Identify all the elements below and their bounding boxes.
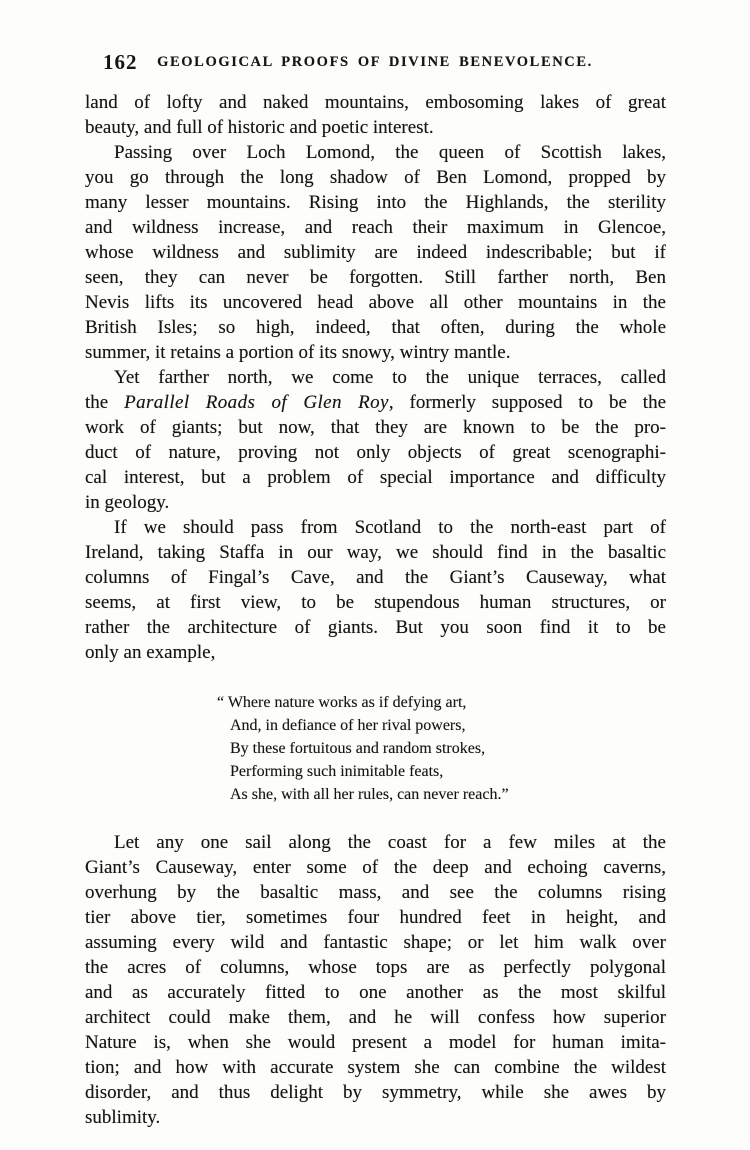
verse-block: “ Where nature works as if defying art,A… (85, 691, 666, 806)
text-line: whose wildness and sublimity are indeed … (85, 240, 666, 265)
text-line: overhung by the basaltic mass, and see t… (85, 880, 666, 905)
text-line: duct of nature, proving not only objects… (85, 440, 666, 465)
text-body: land of lofty and naked mountains, embos… (85, 90, 666, 1130)
paragraph: land of lofty and naked mountains, embos… (85, 90, 666, 140)
text-line: seen, they can never be forgotten. Still… (85, 265, 666, 290)
paragraph: Yet farther north, we come to the unique… (85, 365, 666, 515)
verse-line: By these fortuitous and random strokes, (217, 737, 666, 760)
text-line: cal interest, but a problem of special i… (85, 465, 666, 490)
paragraph: Let any one sail along the coast for a f… (85, 830, 666, 1130)
text-line: rather the architecture of giants. But y… (85, 615, 666, 640)
verse-line: And, in defiance of her rival powers, (217, 714, 666, 737)
text-line: Giant’s Causeway, enter some of the deep… (85, 855, 666, 880)
text-line: British Isles; so high, indeed, that oft… (85, 315, 666, 340)
text-line: only an example, (85, 640, 666, 665)
text-line: Passing over Loch Lomond, the queen of S… (85, 140, 666, 165)
text-line: work of giants; but now, that they are k… (85, 415, 666, 440)
text-line: tion; and how with accurate system she c… (85, 1055, 666, 1080)
text-line: the Parallel Roads of Glen Roy, formerly… (85, 390, 666, 415)
text-line: columns of Fingal’s Cave, and the Giant’… (85, 565, 666, 590)
text-line: Ireland, taking Staffa in our way, we sh… (85, 540, 666, 565)
text-line: Nevis lifts its uncovered head above all… (85, 290, 666, 315)
text-line: Yet farther north, we come to the unique… (85, 365, 666, 390)
text-line: and as accurately fitted to one another … (85, 980, 666, 1005)
text-line: beauty, and full of historic and poetic … (85, 115, 666, 140)
paragraph: If we should pass from Scotland to the n… (85, 515, 666, 665)
page-header: 162 GEOLOGICAL PROOFS OF DIVINE BENEVOLE… (0, 50, 750, 80)
text-line: and wildness increase, and reach their m… (85, 215, 666, 240)
text-line: sublimity. (85, 1105, 666, 1130)
text-line: seems, at first view, to be stupendous h… (85, 590, 666, 615)
text-line: many lesser mountains. Rising into the H… (85, 190, 666, 215)
text-line: in geology. (85, 490, 666, 515)
text-line: Let any one sail along the coast for a f… (85, 830, 666, 855)
text-line: the acres of columns, whose tops are as … (85, 955, 666, 980)
paragraph: Passing over Loch Lomond, the queen of S… (85, 140, 666, 365)
text-line: assuming every wild and fantastic shape;… (85, 930, 666, 955)
text-line: disorder, and thus delight by symmetry, … (85, 1080, 666, 1105)
book-page: 162 GEOLOGICAL PROOFS OF DIVINE BENEVOLE… (0, 0, 750, 1150)
text-line: If we should pass from Scotland to the n… (85, 515, 666, 540)
text-line: architect could make them, and he will c… (85, 1005, 666, 1030)
verse-line: Performing such inimitable feats, (217, 760, 666, 783)
verse-line: As she, with all her rules, can never re… (217, 783, 666, 806)
text-line: tier above tier, sometimes four hundred … (85, 905, 666, 930)
running-title: GEOLOGICAL PROOFS OF DIVINE BENEVOLENCE. (0, 54, 750, 71)
text-line: you go through the long shadow of Ben Lo… (85, 165, 666, 190)
text-line: summer, it retains a portion of its snow… (85, 340, 666, 365)
text-line: Nature is, when she would present a mode… (85, 1030, 666, 1055)
text-line: land of lofty and naked mountains, embos… (85, 90, 666, 115)
verse-line: “ Where nature works as if defying art, (217, 691, 666, 714)
